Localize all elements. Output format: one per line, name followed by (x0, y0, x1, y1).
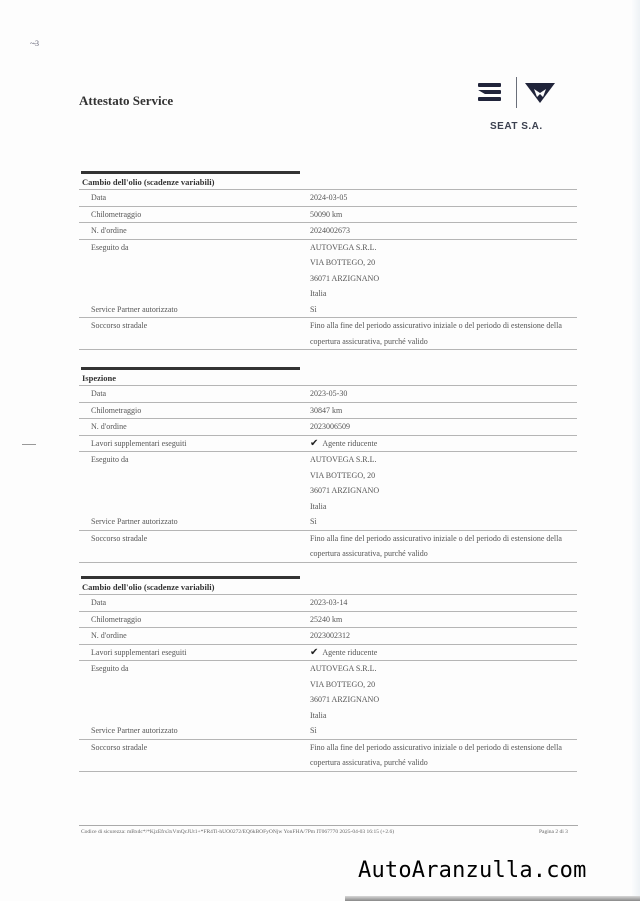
value-text: Italia (310, 289, 326, 298)
row-value: ✔Agente riducente (298, 645, 577, 661)
service-section: Cambio dell'olio (scadenze variabili)Dat… (79, 576, 577, 772)
value-line: 2023002312 (310, 628, 577, 644)
row-value: ✔Agente riducente (298, 436, 577, 452)
value-text: VIA BOTTEGO, 20 (310, 680, 375, 689)
row-value: 2024002673 (298, 223, 577, 239)
cupra-logo-icon (525, 82, 555, 104)
row-value: Fino alla fine del periodo assicurativo … (298, 531, 577, 562)
section-title: Ispezione (79, 370, 577, 386)
value-text: 2023006509 (310, 422, 350, 431)
footer-divider (79, 825, 578, 826)
row-label: Service Partner autorizzato (79, 514, 298, 530)
value-text: 2024002673 (310, 226, 350, 235)
row-label: Soccorso stradale (79, 318, 298, 349)
value-text: Italia (310, 502, 326, 511)
row-label: Data (79, 190, 298, 206)
value-text: Agente riducente (322, 439, 377, 448)
value-text: Sì (310, 305, 317, 314)
value-line: AUTOVEGA S.R.L. (310, 661, 577, 677)
row-label: N. d'ordine (79, 628, 298, 644)
table-row: Data2023-05-30 (79, 386, 577, 403)
value-line: 36071 ARZIGNANO (310, 692, 577, 708)
row-label: N. d'ordine (79, 419, 298, 435)
value-line: ✔Agente riducente (310, 436, 577, 452)
table-row: Data2024-03-05 (79, 190, 577, 207)
value-text: 50090 km (310, 210, 342, 219)
row-value: AUTOVEGA S.R.L.VIA BOTTEGO, 2036071 ARZI… (298, 452, 577, 514)
row-label: Service Partner autorizzato (79, 723, 298, 739)
value-text: Italia (310, 711, 326, 720)
table-row: Service Partner autorizzatoSì (79, 302, 577, 319)
row-label: Lavori supplementari eseguiti (79, 436, 298, 452)
value-text: 2023002312 (310, 631, 350, 640)
table-row: Soccorso stradaleFino alla fine del peri… (79, 740, 577, 772)
table-row: Soccorso stradaleFino alla fine del peri… (79, 531, 577, 563)
table-row: Soccorso stradaleFino alla fine del peri… (79, 318, 577, 350)
brand-logos: SEAT S.A. (478, 76, 568, 136)
value-text: 25240 km (310, 615, 342, 624)
row-label: Chilometraggio (79, 403, 298, 419)
section-title: Cambio dell'olio (scadenze variabili) (79, 174, 577, 190)
row-value: 2023002312 (298, 628, 577, 644)
table-row: Data2023-03-14 (79, 595, 577, 612)
checkmark-icon: ✔ (310, 647, 318, 658)
watermark: AutoAranzulla.com (358, 858, 587, 883)
value-line: Fino alla fine del periodo assicurativo … (310, 740, 577, 756)
value-line: 2024002673 (310, 223, 577, 239)
row-value: Fino alla fine del periodo assicurativo … (298, 740, 577, 771)
value-line: 25240 km (310, 612, 577, 628)
row-label: Soccorso stradale (79, 531, 298, 562)
security-code: Codice di sicurezza: mBxdc*/*KjzEfrs3xVm… (81, 829, 394, 835)
table-row: Service Partner autorizzatoSì (79, 723, 577, 740)
row-label: Lavori supplementari eseguiti (79, 645, 298, 661)
row-value: AUTOVEGA S.R.L.VIA BOTTEGO, 2036071 ARZI… (298, 661, 577, 723)
value-text: 2023-03-14 (310, 598, 347, 607)
value-line: Sì (310, 514, 577, 530)
value-line: AUTOVEGA S.R.L. (310, 452, 577, 468)
value-line: Italia (310, 499, 577, 515)
row-value: Sì (298, 723, 577, 739)
row-value: 2023006509 (298, 419, 577, 435)
table-row: N. d'ordine2023006509 (79, 419, 577, 436)
value-line: copertura assicurativa, purché valido (310, 755, 577, 771)
table-row: Lavori supplementari eseguiti✔Agente rid… (79, 436, 577, 453)
row-label: N. d'ordine (79, 223, 298, 239)
row-label: Chilometraggio (79, 612, 298, 628)
value-text: Sì (310, 517, 317, 526)
value-line: copertura assicurativa, purché valido (310, 546, 577, 562)
value-line: 50090 km (310, 207, 577, 223)
table-row: Chilometraggio30847 km (79, 403, 577, 420)
row-value: 50090 km (298, 207, 577, 223)
table-row: Chilometraggio50090 km (79, 207, 577, 224)
service-section: Cambio dell'olio (scadenze variabili)Dat… (79, 171, 577, 350)
value-text: Fino alla fine del periodo assicurativo … (310, 321, 562, 330)
row-value: 2023-05-30 (298, 386, 577, 402)
value-line: 36071 ARZIGNANO (310, 483, 577, 499)
value-line: ✔Agente riducente (310, 645, 577, 661)
value-line: 2023-05-30 (310, 386, 577, 402)
value-text: copertura assicurativa, purché valido (310, 549, 428, 558)
value-line: VIA BOTTEGO, 20 (310, 677, 577, 693)
value-line: Fino alla fine del periodo assicurativo … (310, 531, 577, 547)
row-label: Soccorso stradale (79, 740, 298, 771)
row-value: Fino alla fine del periodo assicurativo … (298, 318, 577, 349)
seat-logo-icon (478, 83, 501, 101)
value-text: AUTOVEGA S.R.L. (310, 243, 377, 252)
table-row: Chilometraggio25240 km (79, 612, 577, 629)
value-text: 30847 km (310, 406, 342, 415)
table-row: Service Partner autorizzatoSì (79, 514, 577, 531)
value-line: 2023006509 (310, 419, 577, 435)
value-text: Agente riducente (322, 648, 377, 657)
value-line: 2023-03-14 (310, 595, 577, 611)
row-label: Service Partner autorizzato (79, 302, 298, 318)
table-row: Eseguito daAUTOVEGA S.R.L.VIA BOTTEGO, 2… (79, 661, 577, 723)
table-row: Eseguito daAUTOVEGA S.R.L.VIA BOTTEGO, 2… (79, 452, 577, 514)
row-value: Sì (298, 302, 577, 318)
value-text: VIA BOTTEGO, 20 (310, 258, 375, 267)
value-text: AUTOVEGA S.R.L. (310, 455, 377, 464)
value-line: 30847 km (310, 403, 577, 419)
value-line: AUTOVEGA S.R.L. (310, 240, 577, 256)
value-line: 36071 ARZIGNANO (310, 271, 577, 287)
value-text: 36071 ARZIGNANO (310, 486, 379, 495)
value-line: VIA BOTTEGO, 20 (310, 255, 577, 271)
table-row: Lavori supplementari eseguiti✔Agente rid… (79, 645, 577, 662)
value-text: 2024-03-05 (310, 193, 347, 202)
value-text: 36071 ARZIGNANO (310, 274, 379, 283)
value-text: Fino alla fine del periodo assicurativo … (310, 743, 562, 752)
value-line: Sì (310, 723, 577, 739)
value-line: Fino alla fine del periodo assicurativo … (310, 318, 577, 334)
row-value: Sì (298, 514, 577, 530)
row-label: Eseguito da (79, 661, 298, 723)
row-label: Eseguito da (79, 452, 298, 514)
value-text: 36071 ARZIGNANO (310, 695, 379, 704)
value-text: VIA BOTTEGO, 20 (310, 471, 375, 480)
service-section: IspezioneData2023-05-30Chilometraggio308… (79, 367, 577, 563)
row-label: Data (79, 595, 298, 611)
row-value: AUTOVEGA S.R.L.VIA BOTTEGO, 2036071 ARZI… (298, 240, 577, 302)
section-title: Cambio dell'olio (scadenze variabili) (79, 579, 577, 595)
value-text: 2023-05-30 (310, 389, 347, 398)
table-row: N. d'ordine2024002673 (79, 223, 577, 240)
table-row: Eseguito daAUTOVEGA S.R.L.VIA BOTTEGO, 2… (79, 240, 577, 302)
value-text: Sì (310, 726, 317, 735)
value-text: Fino alla fine del periodo assicurativo … (310, 534, 562, 543)
row-value: 2023-03-14 (298, 595, 577, 611)
value-line: copertura assicurativa, purché valido (310, 334, 577, 350)
row-value: 30847 km (298, 403, 577, 419)
value-line: 2024-03-05 (310, 190, 577, 206)
watermark-shadow (345, 896, 640, 901)
row-label: Data (79, 386, 298, 402)
document-title: Attestato Service (79, 93, 173, 109)
value-line: Italia (310, 708, 577, 724)
value-line: Italia (310, 286, 577, 302)
value-text: copertura assicurativa, purché valido (310, 758, 428, 767)
value-text: AUTOVEGA S.R.L. (310, 664, 377, 673)
scan-mark: ~-3 (30, 39, 38, 48)
logo-divider (516, 77, 517, 108)
row-value: 25240 km (298, 612, 577, 628)
checkmark-icon: ✔ (310, 438, 318, 449)
row-value: 2024-03-05 (298, 190, 577, 206)
value-line: VIA BOTTEGO, 20 (310, 468, 577, 484)
value-line: Sì (310, 302, 577, 318)
row-label: Chilometraggio (79, 207, 298, 223)
company-name: SEAT S.A. (490, 121, 543, 132)
page-edge (632, 0, 640, 901)
row-label: Eseguito da (79, 240, 298, 302)
value-text: copertura assicurativa, purché valido (310, 337, 428, 346)
table-row: N. d'ordine2023002312 (79, 628, 577, 645)
page-number: Pagina 2 di 3 (539, 829, 568, 835)
margin-mark (22, 444, 36, 445)
